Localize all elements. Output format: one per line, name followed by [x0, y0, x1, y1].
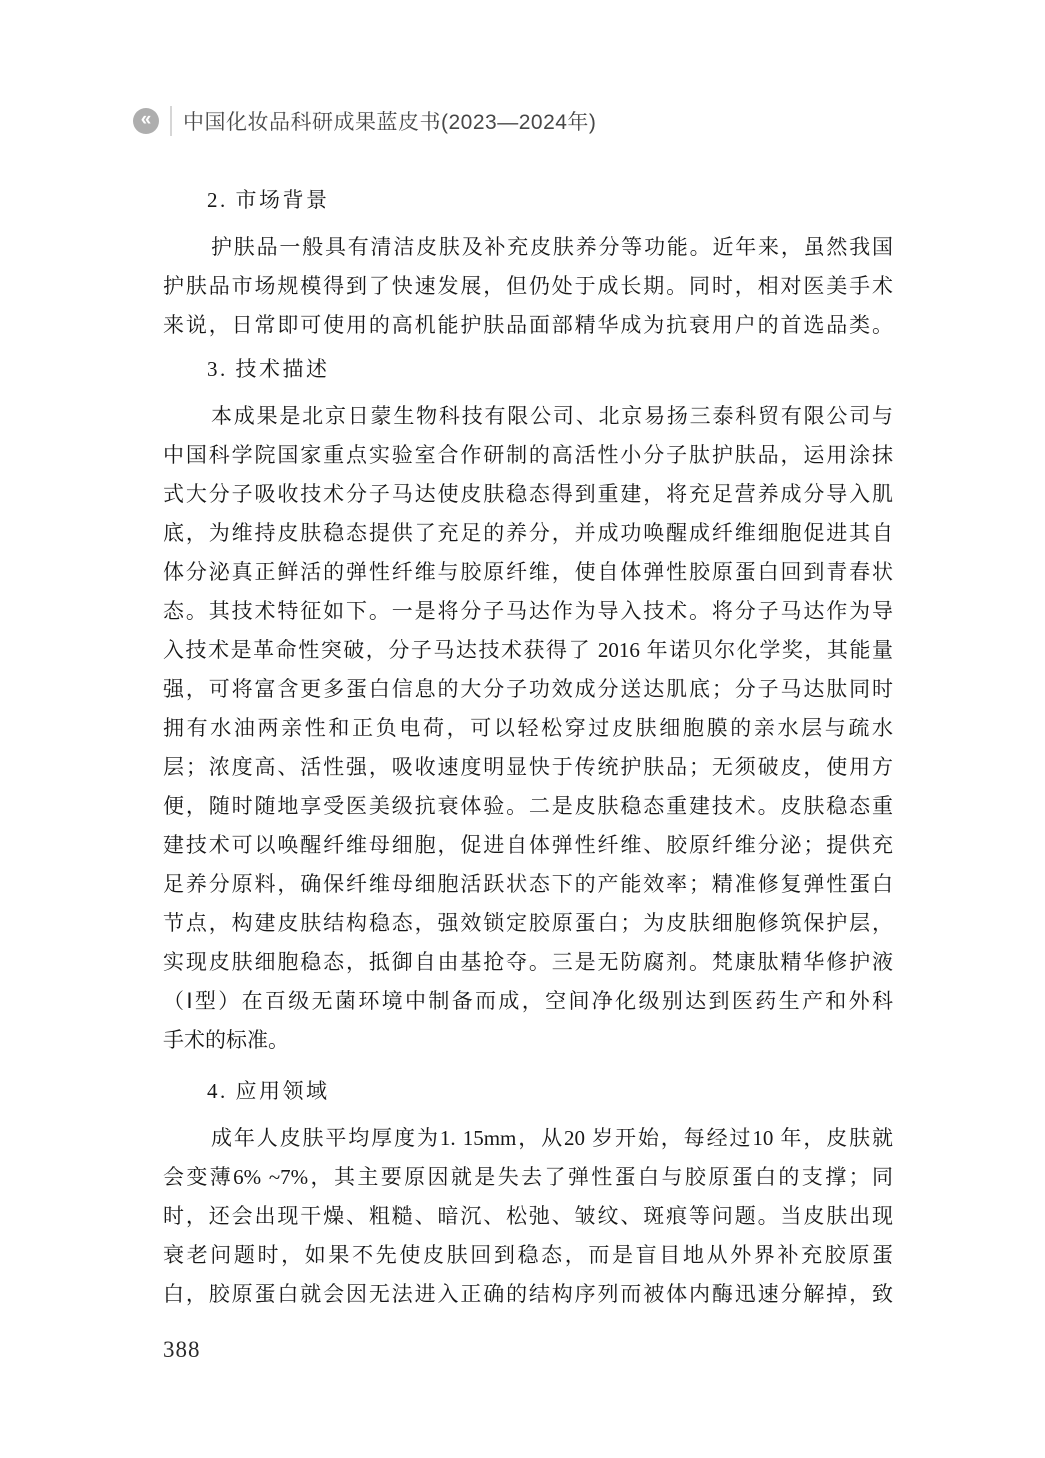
paragraph-line: 护肤品市场规模得到了快速发展，但仍处于成长期。同时，相对医美手术	[163, 267, 893, 306]
page-content: 2. 市场背景 护肤品一般具有清洁皮肤及补充皮肤养分等功能。近年来，虽然我国 护…	[163, 176, 893, 1314]
page-number: 388	[163, 1337, 201, 1363]
paragraph-line: 建技术可以唤醒纤维母细胞，促进自体弹性纤维、胶原纤维分泌；提供充	[163, 826, 893, 865]
paragraph-line: 式大分子吸收技术分子马达使皮肤稳态得到重建，将充足营养成分导入肌	[163, 475, 893, 514]
paragraph-line: 底，为维持皮肤稳态提供了充足的养分，并成功唤醒成纤维细胞促进其自	[163, 514, 893, 553]
paragraph-line: 会变薄6% ~7%，其主要原因就是失去了弹性蛋白与胶原蛋白的支撑；同	[163, 1158, 893, 1197]
paragraph-line: 中国科学院国家重点实验室合作研制的高活性小分子肽护肤品，运用涂抹	[163, 436, 893, 475]
header-divider	[170, 106, 172, 136]
technology-paragraph: 本成果是北京日蒙生物科技有限公司、北京易扬三泰科贸有限公司与 中国科学院国家重点…	[163, 397, 893, 1060]
market-paragraph: 护肤品一般具有清洁皮肤及补充皮肤养分等功能。近年来，虽然我国 护肤品市场规模得到…	[163, 228, 893, 345]
section-heading-market: 2. 市场背景	[207, 181, 893, 220]
paragraph-line: 层；浓度高、活性强，吸收速度明显快于传统护肤品；无须破皮，使用方	[163, 748, 893, 787]
paragraph-line: 便，随时随地享受医美级抗衰体验。二是皮肤稳态重建技术。皮肤稳态重	[163, 787, 893, 826]
book-title: 中国化妆品科研成果蓝皮书(2023—2024年)	[183, 106, 596, 136]
paragraph-line: 护肤品一般具有清洁皮肤及补充皮肤养分等功能。近年来，虽然我国	[163, 228, 893, 267]
paragraph-line: 节点，构建皮肤结构稳态，强效锁定胶原蛋白；为皮肤细胞修筑保护层，	[163, 904, 893, 943]
paragraph-line: 本成果是北京日蒙生物科技有限公司、北京易扬三泰科贸有限公司与	[163, 397, 893, 436]
section-heading-technology: 3. 技术描述	[207, 350, 893, 389]
paragraph-line: 成年人皮肤平均厚度为1. 15mm，从20 岁开始，每经过10 年，皮肤就	[163, 1119, 893, 1158]
chevrons-left-icon	[133, 108, 159, 134]
paragraph-line: 拥有水油两亲性和正负电荷，可以轻松穿过皮肤细胞膜的亲水层与疏水	[163, 709, 893, 748]
paragraph-line: 时，还会出现干燥、粗糙、暗沉、松弛、皱纹、斑痕等问题。当皮肤出现	[163, 1197, 893, 1236]
paragraph-line: 足养分原料，确保纤维母细胞活跃状态下的产能效率；精准修复弹性蛋白	[163, 865, 893, 904]
paragraph-line: 入技术是革命性突破，分子马达技术获得了 2016 年诺贝尔化学奖，其能量	[163, 631, 893, 670]
paragraph-line: 衰老问题时，如果不先使皮肤回到稳态，而是盲目地从外界补充胶原蛋	[163, 1236, 893, 1275]
section-heading-application: 4. 应用领域	[207, 1072, 893, 1111]
document-page: 中国化妆品科研成果蓝皮书(2023—2024年) 2. 市场背景 护肤品一般具有…	[0, 0, 1045, 1458]
paragraph-line: 态。其技术特征如下。一是将分子马达作为导入技术。将分子马达作为导	[163, 592, 893, 631]
paragraph-line: 来说，日常即可使用的高机能护肤品面部精华成为抗衰用户的首选品类。	[163, 306, 893, 345]
paragraph-line: （Ⅰ型）在百级无菌环境中制备而成，空间净化级别达到医药生产和外科	[163, 982, 893, 1021]
paragraph-line: 白，胶原蛋白就会因无法进入正确的结构序列而被体内酶迅速分解掉，致	[163, 1275, 893, 1314]
paragraph-line: 手术的标准。	[163, 1021, 893, 1060]
paragraph-line: 强，可将富含更多蛋白信息的大分子功效成分送达肌底；分子马达肽同时	[163, 670, 893, 709]
page-header: 中国化妆品科研成果蓝皮书(2023—2024年)	[133, 106, 596, 136]
paragraph-line: 实现皮肤细胞稳态，抵御自由基抢夺。三是无防腐剂。梵康肽精华修护液	[163, 943, 893, 982]
paragraph-line: 体分泌真正鲜活的弹性纤维与胶原纤维，使自体弹性胶原蛋白回到青春状	[163, 553, 893, 592]
application-paragraph: 成年人皮肤平均厚度为1. 15mm，从20 岁开始，每经过10 年，皮肤就 会变…	[163, 1119, 893, 1314]
